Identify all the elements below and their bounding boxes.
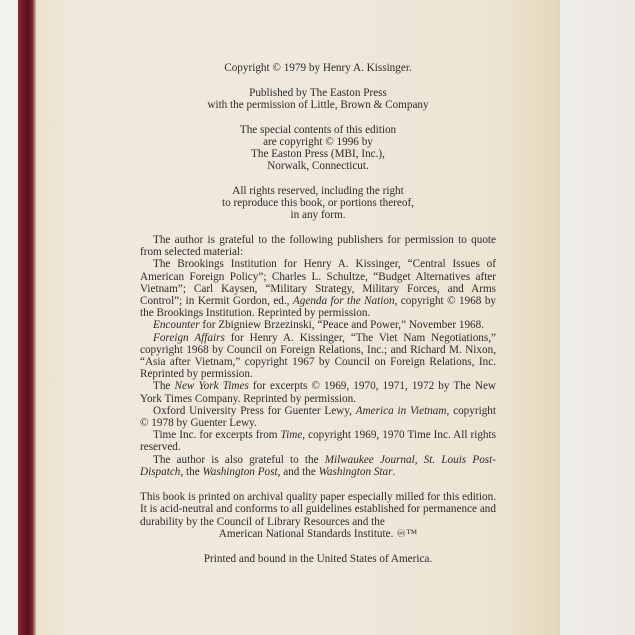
acknowledgments: The author is grateful to the following … bbox=[140, 234, 496, 478]
special-edition-line: The special contents of this edition bbox=[140, 124, 496, 136]
copyright-page-text: Copyright © 1979 by Henry A. Kissinger. … bbox=[140, 62, 496, 565]
ack-intro: The author is grateful to the following … bbox=[140, 234, 496, 258]
printed-in-notice: Printed and bound in the United States o… bbox=[140, 553, 496, 565]
ack-encounter: Encounter for Zbigniew Brzezinski, “Peac… bbox=[140, 319, 496, 331]
book-spine bbox=[18, 0, 36, 635]
background-left bbox=[0, 0, 18, 635]
rights-line: to reproduce this book, or portions ther… bbox=[140, 197, 496, 209]
paper-notice: This book is printed on archival quality… bbox=[140, 491, 496, 540]
ack-time: Time Inc. for excerpts from Time, copyri… bbox=[140, 429, 496, 453]
rights-line: in any form. bbox=[140, 209, 496, 221]
special-edition-line: The Easton Press (MBI, Inc.), bbox=[140, 148, 496, 160]
special-edition-line: Norwalk, Connecticut. bbox=[140, 160, 496, 172]
special-edition-line: are copyright © 1996 by bbox=[140, 136, 496, 148]
ack-brookings: The Brookings Institution for Henry A. K… bbox=[140, 258, 496, 319]
paper-notice-body: This book is printed on archival quality… bbox=[140, 491, 496, 527]
ack-newspapers: The author is also grateful to the Milwa… bbox=[140, 454, 496, 478]
publisher-line: Published by The Easton Press bbox=[140, 87, 496, 99]
background-right bbox=[560, 0, 635, 635]
special-edition-notice: The special contents of this edition are… bbox=[140, 124, 496, 173]
rights-line: All rights reserved, including the right bbox=[140, 185, 496, 197]
ack-new-york-times: The New York Times for excerpts © 1969, … bbox=[140, 380, 496, 404]
ack-foreign-affairs: Foreign Affairs for Henry A. Kissinger, … bbox=[140, 332, 496, 381]
publisher-permission-line: with the permission of Little, Brown & C… bbox=[140, 99, 496, 111]
paper-notice-last-line: American National Standards Institute. ♾… bbox=[140, 528, 496, 540]
rights-reserved-notice: All rights reserved, including the right… bbox=[140, 185, 496, 222]
copyright-line: Copyright © 1979 by Henry A. Kissinger. bbox=[140, 62, 496, 74]
publisher-info: Published by The Easton Press with the p… bbox=[140, 87, 496, 111]
ack-oxford: Oxford University Press for Guenter Lewy… bbox=[140, 405, 496, 429]
